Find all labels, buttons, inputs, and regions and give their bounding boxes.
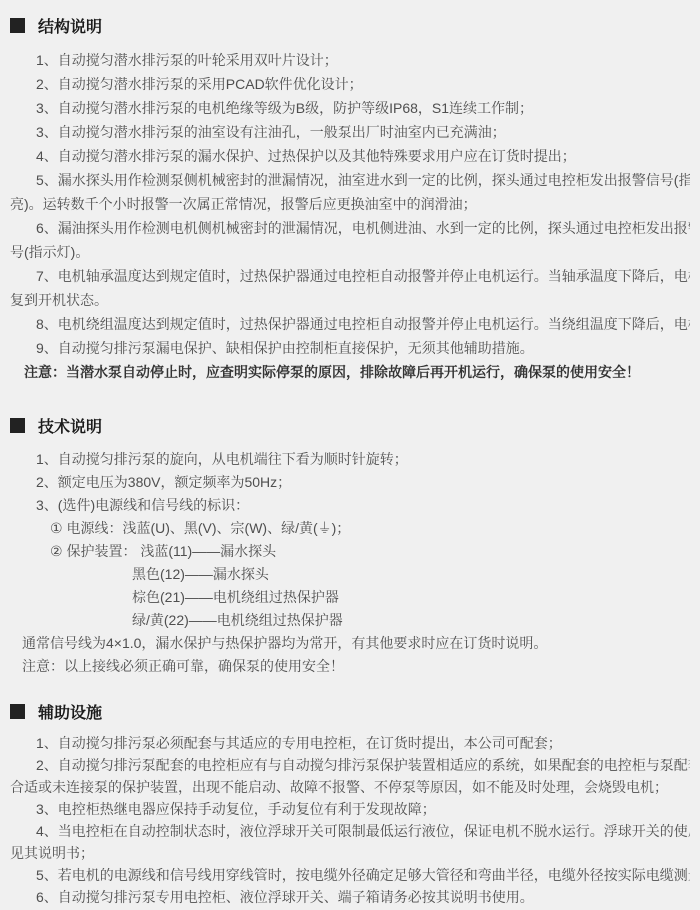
list-item-continuation: 合适或未连接泵的保护装置，出现不能启动、故障不报警、不停泵等原因，如不能及时处理… <box>10 776 690 798</box>
sub-list-item-continuation: 绿/黄(22)——电机绕组过热保护器 <box>10 609 690 632</box>
list-item: 3、自动搅匀潜水排污泵的油室设有注油孔，一般泵出厂时油室内已充满油； <box>10 120 690 144</box>
list-item: 5、漏水探头用作检测泵侧机械密封的泄漏情况，油室进水到一定的比例，探头通过电控柜… <box>10 168 690 192</box>
list-item: 1、自动搅匀潜水排污泵的叶轮采用双叶片设计； <box>10 48 690 72</box>
list-item: 4、自动搅匀潜水排污泵的漏水保护、过热保护以及其他特殊要求用户应在订货时提出； <box>10 144 690 168</box>
section-header: 结构说明 <box>10 14 690 36</box>
section-header: 辅助设施 <box>10 700 690 722</box>
list-item: 4、当电控柜在自动控制状态时，液位浮球开关可限制最低运行液位，保证电机不脱水运行… <box>10 820 690 842</box>
section-title: 辅助设施 <box>38 700 102 723</box>
sub-list-item: ② 保护装置： 浅蓝(11)——漏水探头 <box>10 540 690 563</box>
list-item: 1、自动搅匀排污泵必须配套与其适应的专用电控柜，在订货时提出，本公司可配套； <box>10 732 690 754</box>
sub-list-item-continuation: 棕色(21)——电机绕组过热保护器 <box>10 586 690 609</box>
sub-list-item-continuation: 黑色(12)——漏水探头 <box>10 563 690 586</box>
section-marker-square-icon <box>10 418 25 433</box>
section-structure-description: 结构说明 1、自动搅匀潜水排污泵的叶轮采用双叶片设计； 2、自动搅匀潜水排污泵的… <box>10 14 690 384</box>
list-item-continuation: 复到开机状态。 <box>10 288 690 312</box>
section-marker-square-icon <box>10 18 25 33</box>
section-auxiliary-facilities: 辅助设施 1、自动搅匀排污泵必须配套与其适应的专用电控柜，在订货时提出，本公司可… <box>10 700 690 908</box>
list-item: 2、自动搅匀潜水排污泵的采用PCAD软件优化设计； <box>10 72 690 96</box>
list-item-continuation: 见其说明书； <box>10 842 690 864</box>
manual-page: { "page": { "background_color": "#f0f0f0… <box>0 0 700 910</box>
section-title: 结构说明 <box>38 14 102 37</box>
list-item: 9、自动搅匀排污泵漏电保护、缺相保护由控制柜直接保护，无须其他辅助措施。 <box>10 336 690 360</box>
list-item-continuation: 号(指示灯)。 <box>10 240 690 264</box>
list-item: 8、电机绕组温度达到规定值时，过热保护器通过电控柜自动报警并停止电机运行。当绕组… <box>10 312 690 336</box>
section-header: 技术说明 <box>10 414 690 436</box>
list-item: 3、(选件)电源线和信号线的标识： <box>10 494 690 517</box>
list-item: 2、自动搅匀排污泵配套的电控柜应有与自动搅匀排污泵保护装置相适应的系统，如果配套… <box>10 754 690 776</box>
list-item: 7、电机轴承温度达到规定值时，过热保护器通过电控柜自动报警并停止电机运行。当轴承… <box>10 264 690 288</box>
list-item: 5、若电机的电源线和信号线用穿线管时，按电缆外径确定足够大管径和弯曲半径，电缆外… <box>10 864 690 886</box>
list-item: 1、自动搅匀排污泵的旋向，从电机端往下看为顺时针旋转； <box>10 448 690 471</box>
list-item: 6、漏油探头用作检测电机侧机械密封的泄漏情况，电机侧进油、水到一定的比例，探头通… <box>10 216 690 240</box>
notice-line: 注意：以上接线必须正确可靠，确保泵的使用安全！ <box>10 655 690 678</box>
section-marker-square-icon <box>10 704 25 719</box>
list-item-continuation: 亮)。运转数千个小时报警一次属正常情况，报警后应更换油室中的润滑油； <box>10 192 690 216</box>
section-title: 技术说明 <box>38 414 102 437</box>
list-item: 6、自动搅匀排污泵专用电控柜、液位浮球开关、端子箱请务必按其说明书使用。 <box>10 886 690 908</box>
list-item: 2、额定电压为380V，额定频率为50Hz； <box>10 471 690 494</box>
notice-line: 注意：当潜水泵自动停止时，应查明实际停泵的原因，排除故障后再开机运行，确保泵的使… <box>10 360 690 384</box>
list-item: 3、电控柜热继电器应保持手动复位，手动复位有利于发现故障； <box>10 798 690 820</box>
list-item: 3、自动搅匀潜水排污泵的电机绝缘等级为B级，防护等级IP68，S1连续工作制； <box>10 96 690 120</box>
section-technical-description: 技术说明 1、自动搅匀排污泵的旋向，从电机端往下看为顺时针旋转； 2、额定电压为… <box>10 414 690 678</box>
sub-list-item: ① 电源线：浅蓝(U)、黑(V)、宗(W)、绿/黄(⏚)； <box>10 517 690 540</box>
paragraph: 通常信号线为4×1.0，漏水保护与热保护器均为常开，有其他要求时应在订货时说明。 <box>10 632 690 655</box>
